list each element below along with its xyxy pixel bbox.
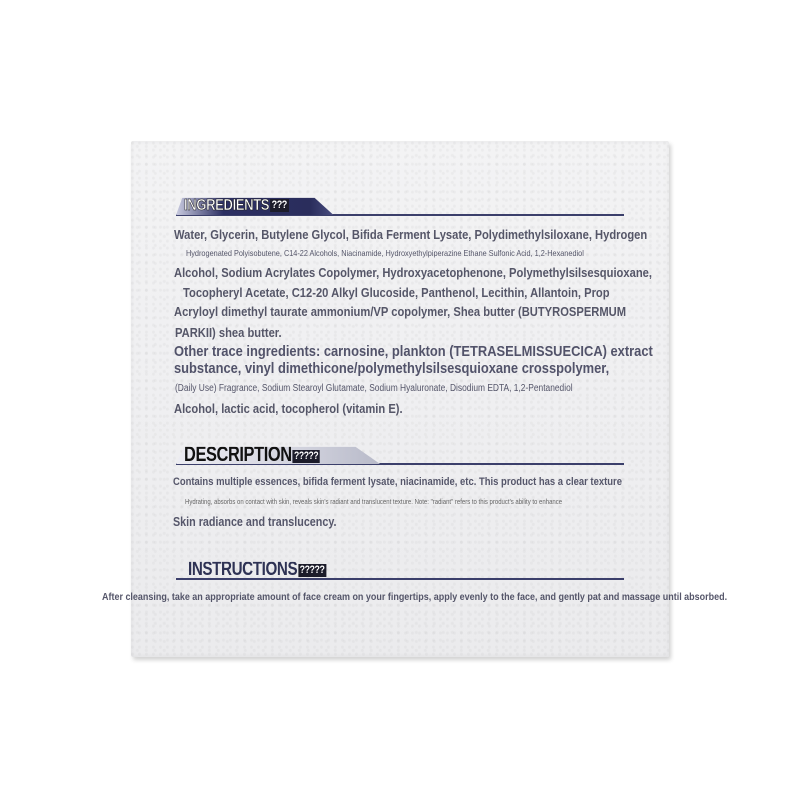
ingredients-line: Alcohol, lactic acid, tocopherol (vitami…: [174, 401, 403, 416]
ingredients-header: INGREDIENTS???: [176, 196, 624, 216]
instructions-title: INSTRUCTIONS?????: [188, 560, 326, 579]
instructions-header: INSTRUCTIONS?????: [176, 560, 624, 580]
ingredients-line: Alcohol, Sodium Acrylates Copolymer, Hyd…: [174, 265, 652, 280]
ingredients-line: Tocopheryl Acetate, C12-20 Alkyl Glucosi…: [183, 285, 610, 300]
ingredients-line: (Daily Use) Fragrance, Sodium Stearoyl G…: [175, 383, 573, 394]
header-tab: INGREDIENTS???: [176, 196, 334, 215]
description-title: DESCRIPTION?????: [184, 445, 320, 464]
ingredients-line: PARKII) shea butter.: [175, 325, 282, 340]
header-tab: INSTRUCTIONS?????: [176, 560, 383, 579]
description-line: Skin radiance and translucency.: [173, 515, 337, 529]
ingredients-line: Other trace ingredients: carnosine, plan…: [174, 343, 653, 360]
description-line: Contains multiple essences, bifida ferme…: [173, 476, 622, 488]
instructions-line: After cleansing, take an appropriate amo…: [102, 591, 727, 603]
ingredients-title: INGREDIENTS???: [184, 196, 289, 215]
header-tab: DESCRIPTION?????: [176, 445, 380, 464]
description-header: DESCRIPTION?????: [176, 445, 624, 465]
ingredients-line: Acryloyl dimethyl taurate ammonium/VP co…: [174, 304, 626, 319]
ingredients-line: Hydrogenated Polyisobutene, C14-22 Alcoh…: [186, 248, 584, 258]
ingredients-line: substance, vinyl dimethicone/polymethyls…: [174, 360, 609, 377]
ingredients-line: Water, Glycerin, Butylene Glycol, Bifida…: [174, 227, 647, 242]
description-line: Hydrating, absorbs on contact with skin,…: [185, 497, 562, 506]
